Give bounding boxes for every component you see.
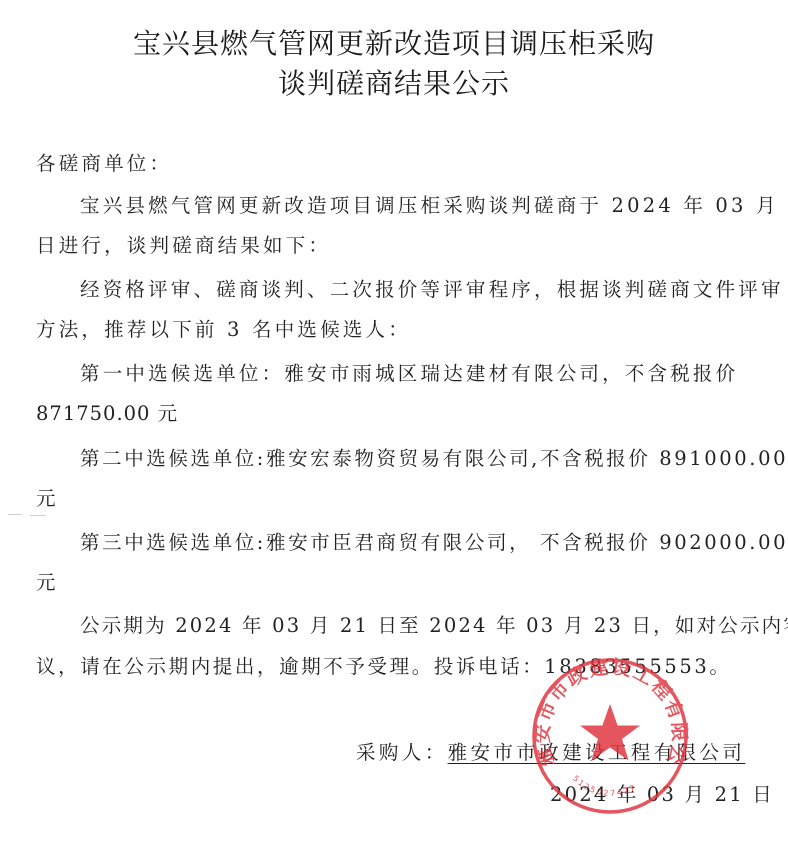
- candidate-1-line-2: 871750.00 元: [36, 398, 178, 426]
- signature-company: 雅安市市政建设工程有限公司: [448, 741, 746, 764]
- signature: 采购人：雅安市市政建设工程有限公司: [356, 737, 745, 765]
- signature-date: 2024 年 03 月 21 日: [550, 779, 774, 807]
- candidate-2-line-1: 第二中选候选单位:雅安宏泰物资贸易有限公司,不含税报价 891000.00: [80, 443, 788, 471]
- salutation: 各磋商单位：: [36, 148, 172, 176]
- signature-label: 采购人：: [356, 741, 448, 764]
- candidate-1-line-1: 第一中选候选单位：雅安市雨城区瑞达建材有限公司，不含税报价: [80, 358, 738, 386]
- notice-line-1: 公示期为 2024 年 03 月 21 日至 2024 年 03 月 23 日，…: [80, 610, 788, 638]
- paragraph-1-line-1: 宝兴县燃气管网更新改造项目调压柜采购谈判磋商于 2024 年 03 月 01: [80, 190, 788, 218]
- scan-artifact: [8, 514, 22, 515]
- paragraph-1-line-2: 日进行，谈判磋商结果如下：: [36, 230, 331, 258]
- paragraph-2-line-1: 经资格评审、磋商谈判、二次报价等评审程序，根据谈判磋商文件评审: [80, 274, 784, 302]
- candidate-3-line-2: 元: [36, 567, 59, 595]
- document-title-line1: 宝兴县燃气管网更新改造项目调压柜采购: [0, 22, 788, 62]
- candidate-2-line-2: 元: [36, 483, 59, 511]
- candidate-3-line-1: 第三中选候选单位:雅安市臣君商贸有限公司， 不含税报价 902000.00: [80, 527, 788, 555]
- scan-artifact: [30, 515, 46, 516]
- notice-line-2: 议，请在公示期内提出，逾期不予受理。投诉电话：18383555553。: [36, 651, 731, 679]
- paragraph-2-line-2: 方法，推荐以下前 3 名中选候选人：: [36, 314, 411, 342]
- document-title-line2: 谈判磋商结果公示: [0, 62, 788, 102]
